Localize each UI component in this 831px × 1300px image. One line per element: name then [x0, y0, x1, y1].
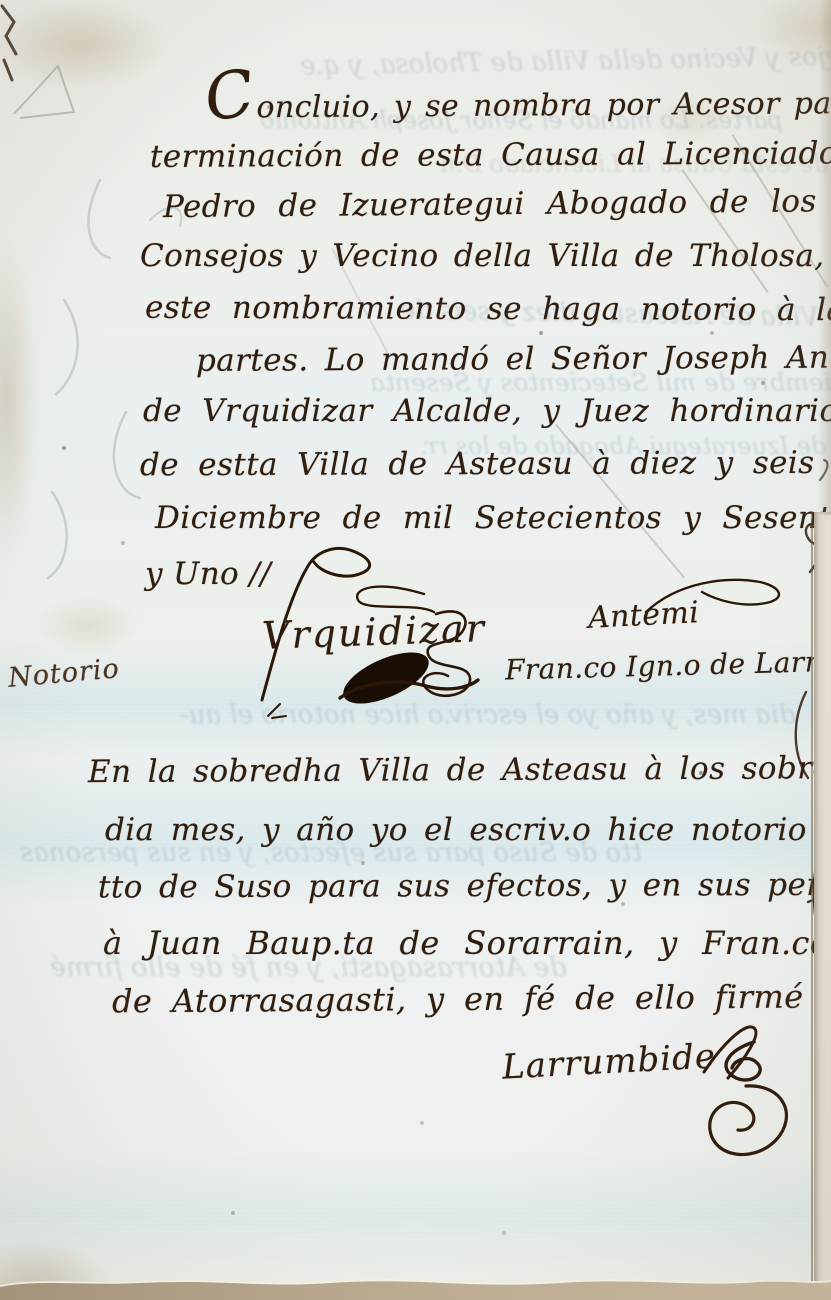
decree-line-6: partes. Lo mandó el Señor Joseph Anttoni…: [196, 339, 831, 379]
signature-alcalde: Vrquidizar: [261, 606, 486, 658]
decree-initial-capital: C: [201, 61, 259, 132]
decree-line-3: Pedro de Izuerategui Abogado de los rr.: [163, 183, 831, 225]
notification-line-3: tto de Suso para sus efectos, y en sus p…: [98, 867, 831, 906]
torn-bottom-edge: [0, 1270, 831, 1300]
notification-line-2: dia mes, y año yo el escriv.o hice notor…: [105, 812, 831, 848]
signature-ante-mi: Antemi: [587, 595, 700, 636]
notification-line-5: de Atorrasagasti, y en fé de ello firmé: [112, 978, 804, 1021]
decree-line-2: terminación de esta Causa al Licenciado …: [150, 135, 831, 175]
adjacent-page-edge: [814, 512, 831, 1300]
decree-line-9: Diciembre de mil Setecientos y Sesenta: [155, 500, 831, 536]
larrumbide-rubric-flourish: [658, 1020, 808, 1170]
decree-line-4: Consejos y Vecino della Villa de Tholosa…: [140, 238, 831, 274]
corner-damage-marks: [0, 0, 90, 150]
decree-line-1: Concluio, y se nombra por Acesor para la…: [205, 59, 831, 128]
notification-line-1: En la sobredha Villa de Asteasu à los so…: [88, 750, 831, 790]
decree-line-5: este nombramiento se haga notorio à las: [145, 290, 831, 329]
notification-line-4: à Juan Baup.ta de Sorarrain, y Fran.co: [103, 924, 830, 962]
page-fold-line: [811, 512, 813, 1300]
decree-line-8: de estta Villa de Asteasu à diez y seis …: [140, 445, 831, 484]
page-curl-shadow: [818, 0, 831, 515]
manuscript-page: Consejos y Vecino della Villa de Tholosa…: [0, 0, 831, 1300]
margin-note-notorio: Notorio: [7, 653, 121, 694]
decree-line-7: de Vrquidizar Alcalde, y Juez hordinario: [143, 393, 831, 429]
